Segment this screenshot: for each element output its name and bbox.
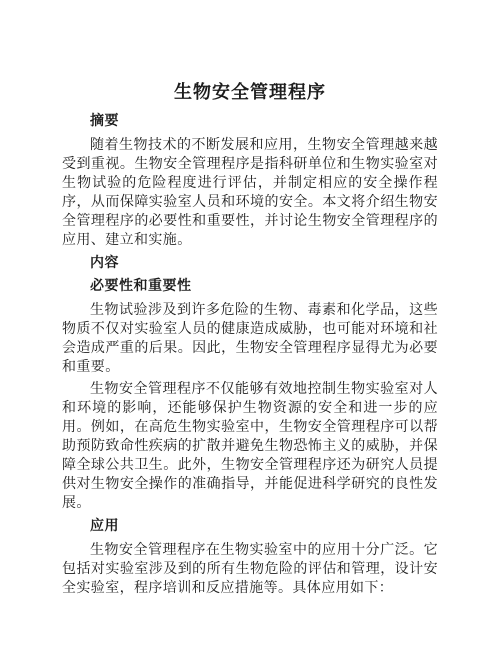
- paragraph-necessity-2: 生物安全管理程序不仅能够有效地控制生物实验室对人和环境的影响，还能够保护生物资源…: [62, 380, 438, 513]
- document-title: 生物安全管理程序: [62, 81, 438, 105]
- document-page: 生物安全管理程序 摘要 随着生物技术的不断发展和应用，生物安全管理越来越受到重视…: [0, 0, 500, 647]
- heading-content: 内容: [62, 255, 438, 271]
- heading-abstract: 摘要: [62, 113, 438, 129]
- heading-application: 应用: [62, 518, 438, 534]
- paragraph-necessity-1: 生物试验涉及到许多危险的生物、毒素和化学品，这些物质不仅对实验室人员的健康造成威…: [62, 301, 438, 377]
- heading-necessity: 必要性和重要性: [62, 278, 438, 294]
- paragraph-abstract: 随着生物技术的不断发展和应用，生物安全管理越来越受到重视。生物安全管理程序是指科…: [62, 136, 438, 250]
- paragraph-application: 生物安全管理程序在生物实验室中的应用十分广泛。它包括对实验室涉及到的所有生物危险…: [62, 541, 438, 598]
